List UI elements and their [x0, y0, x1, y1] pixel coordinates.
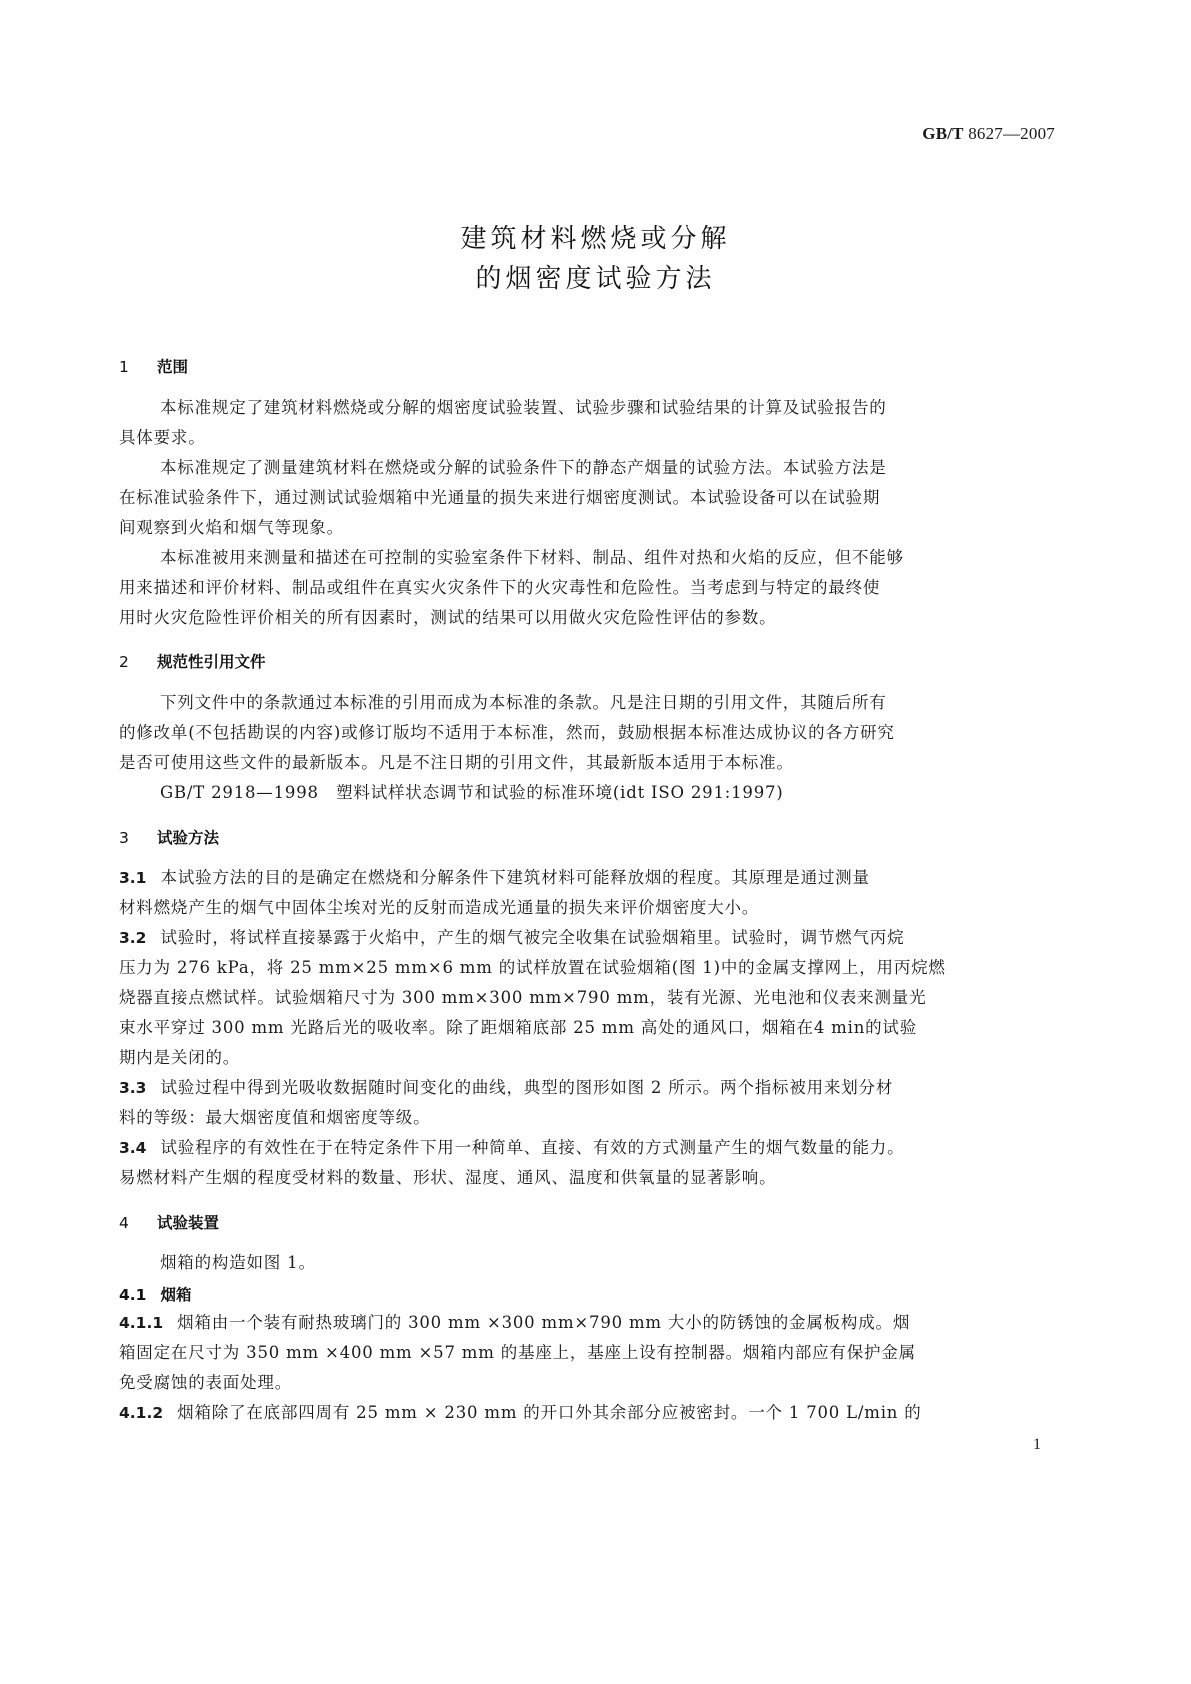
paragraph-line: 间观察到火焰和烟气等现象。	[119, 518, 1071, 538]
normative-reference: GB/T 2918—1998 塑料试样状态调节和试验的标准环境(idt ISO …	[160, 783, 1071, 803]
paragraph-line: 料的等级：最大烟密度值和烟密度等级。	[119, 1108, 1071, 1128]
paragraph-line: 束水平穿过 300 mm 光路后光的吸收率。除了距烟箱底部 25 mm 高处的通…	[119, 1018, 1071, 1038]
standard-prefix: GB/T	[922, 124, 963, 143]
subsection-number: 4.1	[119, 1286, 146, 1304]
clause-3-4: 3.4试验程序的有效性在于在特定条件下用一种简单、直接、有效的方式测量产生的烟气…	[119, 1138, 1071, 1158]
paragraph-line: 材料燃烧产生的烟气中固体尘埃对光的反射而造成光通量的损失来评价烟密度大小。	[119, 898, 1071, 918]
section-4-heading: 4试验装置	[119, 1211, 219, 1233]
paragraph-line: 易燃材料产生烟的程度受材料的数量、形状、湿度、通风、温度和供氧量的显著影响。	[119, 1168, 1071, 1188]
paragraph-line: 是否可使用这些文件的最新版本。凡是不注日期的引用文件，其最新版本适用于本标准。	[119, 753, 1071, 773]
section-2-heading: 2规范性引用文件	[119, 650, 266, 672]
paragraph-line: 免受腐蚀的表面处理。	[119, 1373, 1071, 1393]
document-title-line-1: 建筑材料燃烧或分解	[0, 218, 1191, 255]
paragraph-line: 期内是关闭的。	[119, 1048, 1071, 1068]
paragraph-line: 用时火灾危险性评价相关的所有因素时，测试的结果可以用做火灾危险性评估的参数。	[119, 608, 1071, 628]
clause-text: 烟箱除了在底部四周有 25 mm × 230 mm 的开口外其余部分应被密封。一…	[177, 1403, 921, 1422]
clause-text: 本试验方法的目的是确定在燃烧和分解条件下建筑材料可能释放烟的程度。其原理是通过测…	[160, 868, 869, 887]
subsection-title: 烟箱	[160, 1286, 191, 1304]
document-page: GB/T 8627—2007 建筑材料燃烧或分解 的烟密度试验方法 1范围 本标…	[0, 0, 1191, 1684]
paragraph-line: 的修改单(不包括勘误的内容)或修订版均不适用于本标准，然而，鼓励根据本标准达成协…	[119, 723, 1071, 743]
clause-text: 试验时，将试样直接暴露于火焰中，产生的烟气被完全收集在试验烟箱里。试验时，调节燃…	[160, 928, 904, 947]
section-title: 规范性引用文件	[157, 653, 266, 671]
clause-3-3: 3.3试验过程中得到光吸收数据随时间变化的曲线，典型的图形如图 2 所示。两个指…	[119, 1078, 1071, 1098]
clause-number: 3.2	[119, 929, 146, 947]
section-title: 试验装置	[157, 1214, 219, 1232]
paragraph-line: 烟箱的构造如图 1。	[160, 1253, 1071, 1273]
paragraph-line: 压力为 276 kPa，将 25 mm×25 mm×6 mm 的试样放置在试验烟…	[119, 958, 1071, 978]
standard-code: 8627—2007	[968, 124, 1055, 143]
clause-4-1-2: 4.1.2烟箱除了在底部四周有 25 mm × 230 mm 的开口外其余部分应…	[119, 1403, 1071, 1423]
section-number: 4	[119, 1214, 157, 1232]
paragraph-line: 在标准试验条件下，通过测试试验烟箱中光通量的损失来进行烟密度测试。本试验设备可以…	[119, 488, 1071, 508]
paragraph-line: 烧器直接点燃试样。试验烟箱尺寸为 300 mm×300 mm×790 mm，装有…	[119, 988, 1071, 1008]
section-number: 1	[119, 358, 157, 376]
clause-text: 烟箱由一个装有耐热玻璃门的 300 mm ×300 mm×790 mm 大小的防…	[177, 1313, 910, 1332]
clause-3-1: 3.1本试验方法的目的是确定在燃烧和分解条件下建筑材料可能释放烟的程度。其原理是…	[119, 868, 1071, 888]
section-title: 试验方法	[157, 829, 219, 847]
clause-number: 3.1	[119, 869, 146, 887]
section-3-heading: 3试验方法	[119, 826, 219, 848]
page-number: 1	[1033, 1436, 1041, 1454]
paragraph-line: 具体要求。	[119, 428, 1071, 448]
document-title-line-2: 的烟密度试验方法	[0, 258, 1191, 295]
section-title: 范围	[157, 358, 188, 376]
paragraph-line: 用来描述和评价材料、制品或组件在真实火灾条件下的火灾毒性和危险性。当考虑到与特定…	[119, 578, 1071, 598]
subsection-4-1-heading: 4.1烟箱	[119, 1283, 191, 1305]
paragraph-line: 本标准规定了建筑材料燃烧或分解的烟密度试验装置、试验步骤和试验结果的计算及试验报…	[160, 398, 1071, 418]
clause-number: 3.3	[119, 1079, 146, 1097]
section-number: 3	[119, 829, 157, 847]
paragraph-line: 下列文件中的条款通过本标准的引用而成为本标准的条款。凡是注日期的引用文件，其随后…	[160, 693, 1071, 713]
clause-3-2: 3.2试验时，将试样直接暴露于火焰中，产生的烟气被完全收集在试验烟箱里。试验时，…	[119, 928, 1071, 948]
section-1-heading: 1范围	[119, 355, 188, 377]
paragraph-line: 本标准被用来测量和描述在可控制的实验室条件下材料、制品、组件对热和火焰的反应，但…	[160, 548, 1071, 568]
clause-text: 试验过程中得到光吸收数据随时间变化的曲线，典型的图形如图 2 所示。两个指标被用…	[160, 1078, 893, 1097]
clause-number: 4.1.2	[119, 1404, 163, 1422]
clause-text: 试验程序的有效性在于在特定条件下用一种简单、直接、有效的方式测量产生的烟气数量的…	[160, 1138, 904, 1157]
paragraph-line: 本标准规定了测量建筑材料在燃烧或分解的试验条件下的静态产烟量的试验方法。本试验方…	[160, 458, 1071, 478]
section-number: 2	[119, 653, 157, 671]
paragraph-line: 箱固定在尺寸为 350 mm ×400 mm ×57 mm 的基座上，基座上设有…	[119, 1343, 1071, 1363]
standard-number: GB/T 8627—2007	[922, 124, 1055, 144]
clause-number: 4.1.1	[119, 1314, 163, 1332]
clause-number: 3.4	[119, 1139, 146, 1157]
clause-4-1-1: 4.1.1烟箱由一个装有耐热玻璃门的 300 mm ×300 mm×790 mm…	[119, 1313, 1071, 1333]
